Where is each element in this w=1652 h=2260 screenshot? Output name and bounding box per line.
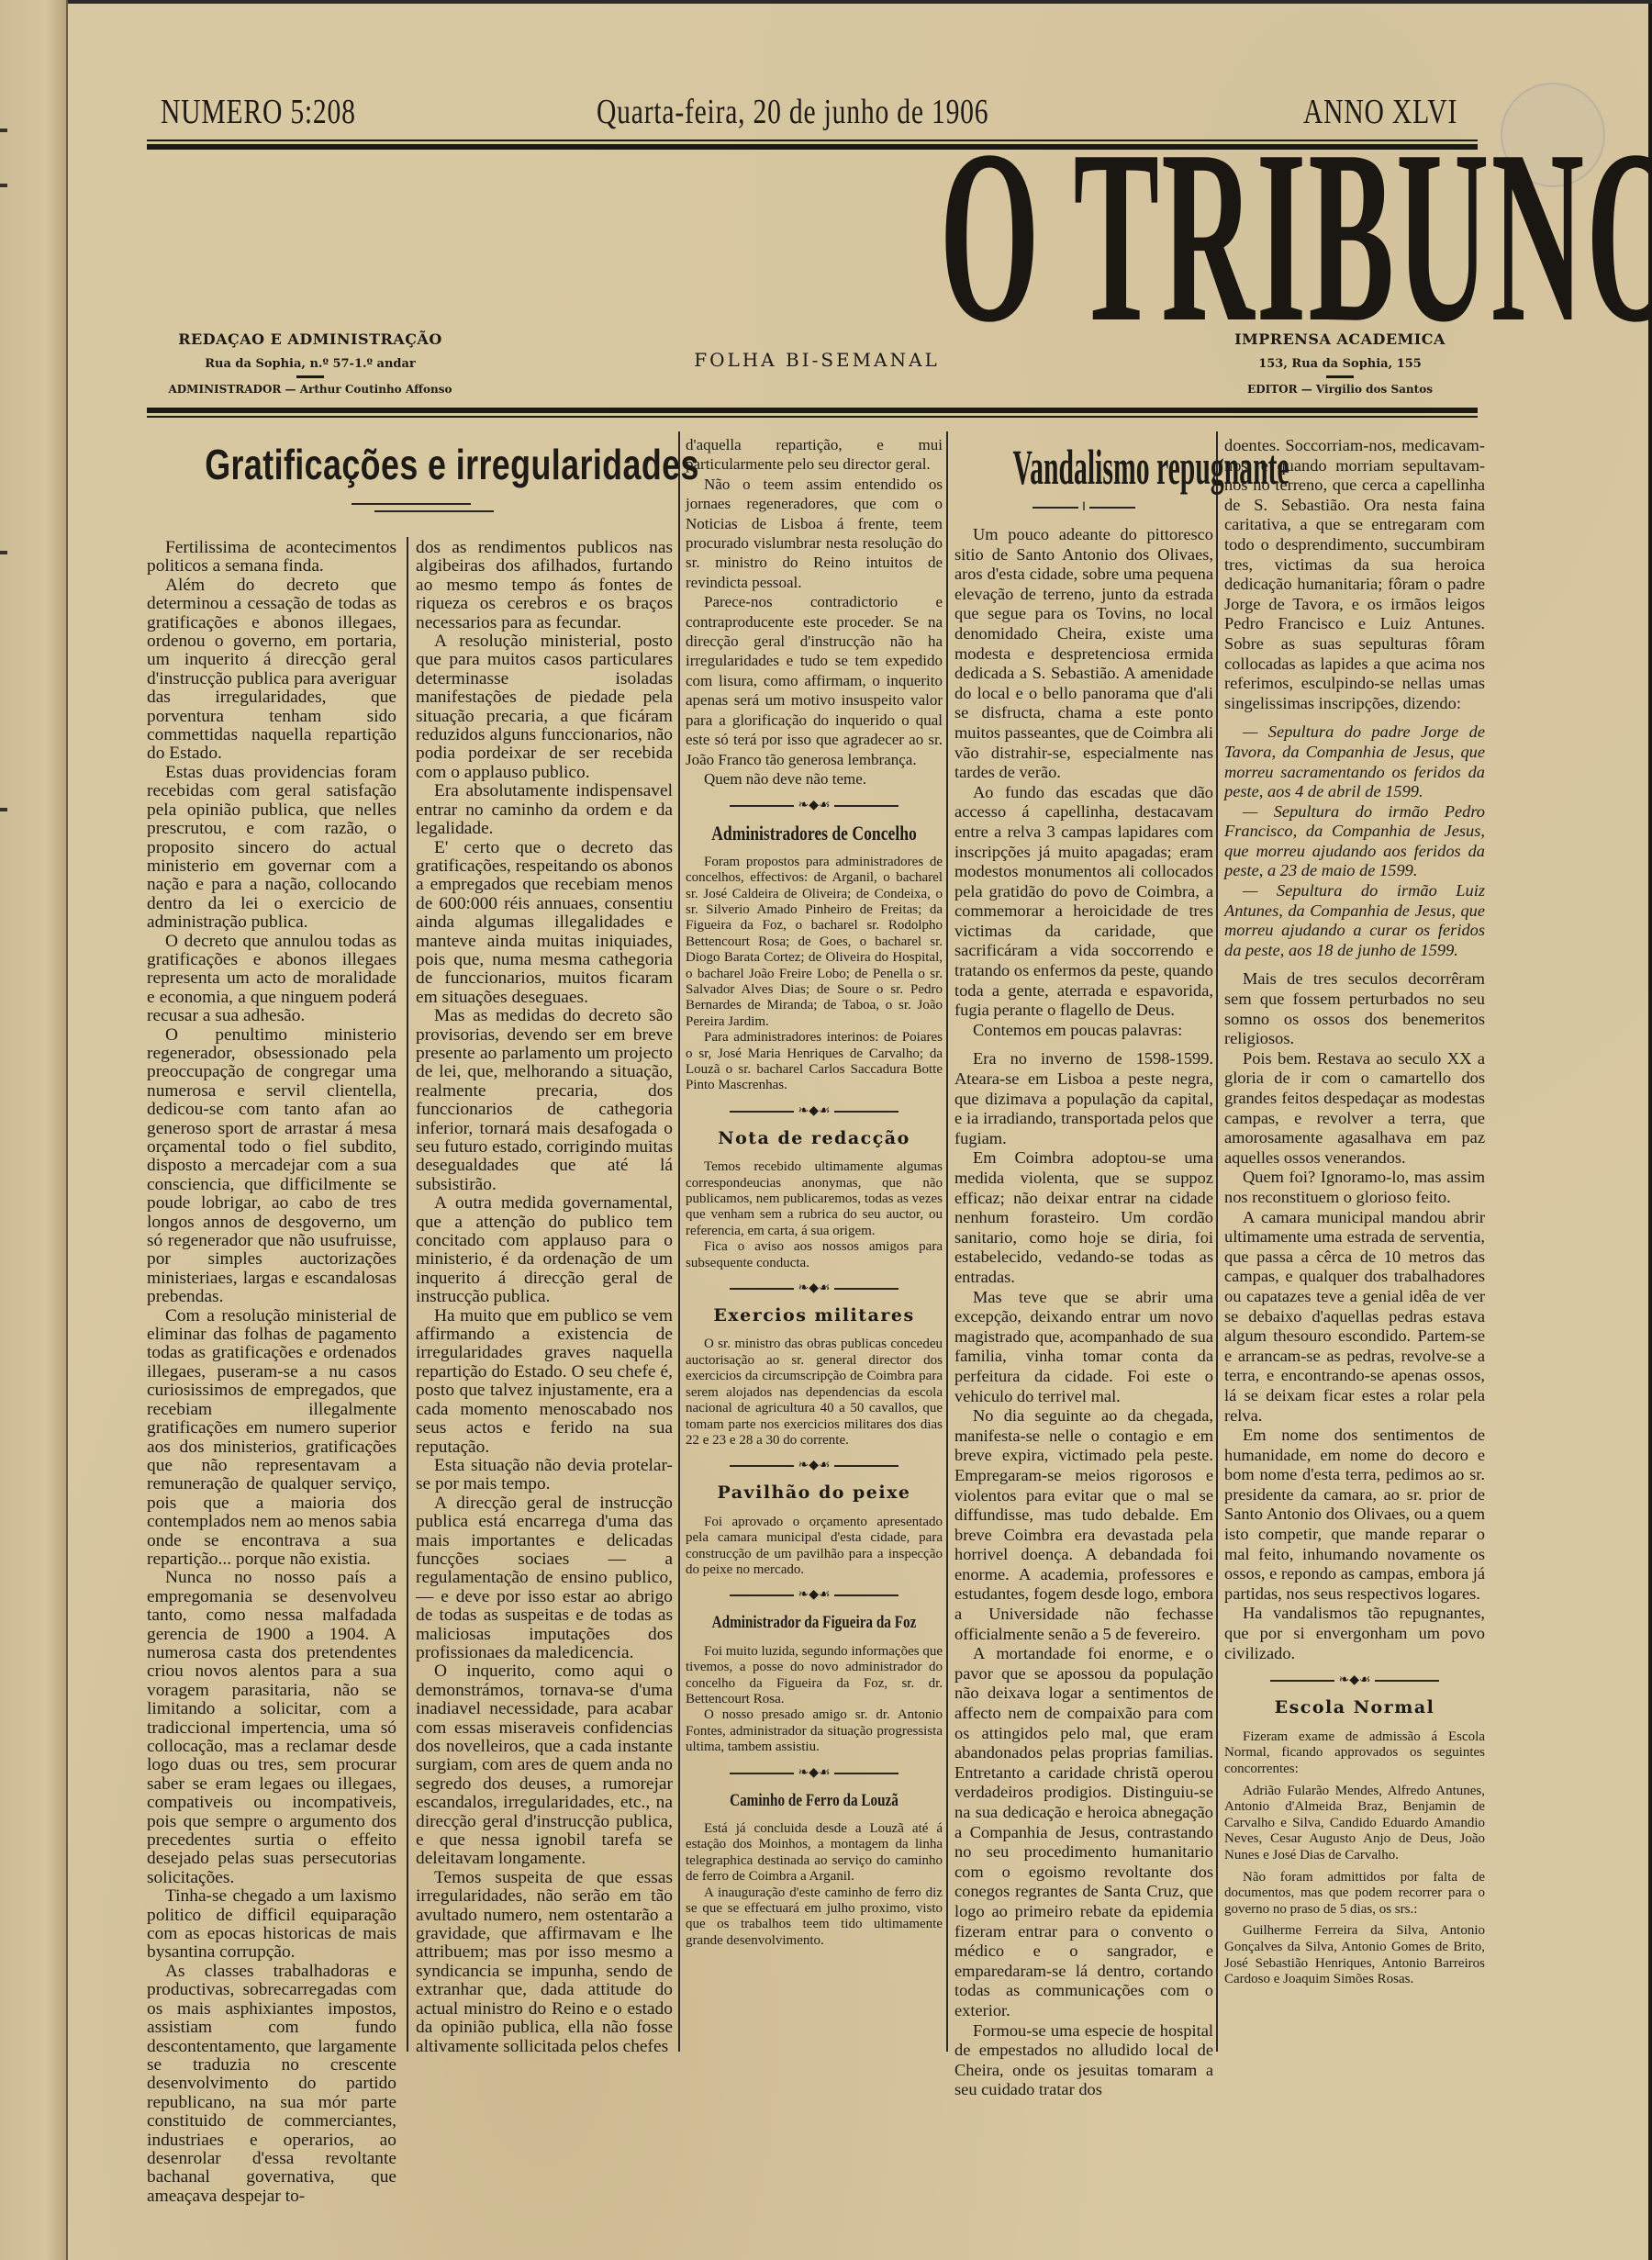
paragraph: Formou-se uma especie de hospital de emp…	[954, 2021, 1213, 2100]
paragraph: As classes trabalhadoras e productivas, …	[147, 1963, 396, 2206]
paragraph: Contemos em poucas palavras:	[954, 1021, 1213, 1041]
section-ornament: ❧◆☙	[686, 1767, 943, 1780]
section-ornament: ❧◆☙	[686, 1282, 943, 1295]
paragraph: Pois bem. Restava ao seculo XX a gloria …	[1224, 1049, 1485, 1169]
section-title-caminho: Caminho de Ferro da Louzã	[711, 1791, 917, 1810]
inscription: — Sepultura do irmão Pedro Francisco, da…	[1224, 802, 1485, 881]
bleed-mark	[0, 551, 7, 554]
masthead-rule-thick	[147, 408, 1478, 413]
paragraph: Temos recebido ultimamente algumas corre…	[686, 1159, 943, 1239]
paragraph: Ha muito que em publico se vem affirmand…	[416, 1307, 673, 1457]
paragraph: Nunca no nosso país a empregomania se de…	[147, 1569, 396, 1887]
paragraph: Foram propostos para administradores de …	[686, 855, 943, 1030]
paragraph: Foi muito luzida, segundo informações qu…	[686, 1644, 943, 1708]
paragraph: Além do decreto que determinou a cessaçã…	[147, 576, 396, 764]
paragraph: A camara municipal mandou abrir ultimame…	[1224, 1208, 1485, 1426]
section-title-nota: Nota de redacção	[686, 1129, 943, 1148]
section-title-figueira: Administrador da Figueira da Foz	[711, 1613, 917, 1632]
paragraph: Em Coimbra adoptou-se uma medida violent…	[954, 1148, 1213, 1287]
paragraph: Era absolutamente indispensavel entrar n…	[416, 782, 673, 838]
paragraph: Quem não deve não teme.	[686, 769, 943, 789]
inscription: — Sepultura do padre Jorge de Tavora, da…	[1224, 722, 1485, 801]
divider	[296, 375, 324, 378]
paragraph: E' certo que o decreto das gratificações…	[416, 839, 673, 1008]
paragraph: Mas as medidas do decreto são provisoria…	[416, 1007, 673, 1194]
column-5: doentes. Soccorriam-nos, medicavam-nos, …	[1224, 436, 1485, 1988]
paragraph: Com a resolução ministerial de eliminar …	[147, 1307, 396, 1570]
inscription: — Sepultura do irmão Luiz Antunes, da Co…	[1224, 881, 1485, 960]
paragraph: Esta situação não devia protelar-se por …	[416, 1457, 673, 1494]
redacao-title: REDAÇAO E ADMINISTRAÇÃO	[163, 330, 457, 348]
paragraph: A resolução ministerial, posto que para …	[416, 632, 673, 782]
section-title-pavilhao: Pavilhão do peixe	[686, 1483, 943, 1503]
paragraph: Ao fundo das escadas que dão accesso á c…	[954, 783, 1213, 1021]
column-2: dos as rendimentos publicos nas algibeir…	[416, 539, 673, 2056]
paragraph: Estas duas providencias foram recebidas …	[147, 764, 396, 933]
paragraph: doentes. Soccorriam-nos, medicavam-nos, …	[1224, 436, 1485, 713]
section-ornament: ❧◆☙	[686, 1460, 943, 1472]
section-ornament: ❧◆☙	[686, 800, 943, 812]
paragraph: Para administradores interinos: de Poiar…	[686, 1030, 943, 1094]
paragraph: Fizeram exame de admissão á Escola Norma…	[1224, 1729, 1485, 1778]
paragraph: O nosso presado amigo sr. dr. Antonio Fo…	[686, 1707, 943, 1755]
paragraph: A direcção geral de instrucção publica e…	[416, 1494, 673, 1663]
paragraph: O decreto que annulou todas as gratifica…	[147, 933, 396, 1026]
divider	[1326, 375, 1354, 378]
section-ornament: ❧◆☙	[1224, 1674, 1485, 1687]
paragraph: A mortandade foi enorme, e o pavor que s…	[954, 1644, 1213, 2020]
previous-page-edge	[0, 0, 68, 2260]
section-title-exercicios: Exercios militares	[686, 1306, 943, 1326]
paragraph: Ha vandalismos tão repugnantes, que por …	[1224, 1604, 1485, 1663]
column-rule	[946, 431, 948, 2052]
column-rule	[1216, 431, 1218, 2052]
paragraph: A outra medida governamental, que a atte…	[416, 1194, 673, 1306]
paragraph: O penultimo ministerio regenerador, obse…	[147, 1026, 396, 1307]
imprensa-title: IMPRENSA ACADEMICA	[1221, 330, 1459, 348]
bleed-mark	[0, 808, 7, 811]
paragraph: A inauguração d'este caminho de ferro di…	[686, 1885, 943, 1950]
paragraph: Não foram admittidos por falta de docume…	[1224, 1870, 1485, 1919]
paragraph: Está já concluida desde a Louzã até á es…	[686, 1821, 943, 1885]
headline-vandalismo: Vandalismo repugnante	[1012, 439, 1155, 496]
imprensa-address: 153, Rua da Sophia, 155	[1221, 357, 1459, 371]
paragraph: Foi aprovado o orçamento apresentado pel…	[686, 1515, 943, 1579]
issue-date: Quarta-feira, 20 de junho de 1906	[597, 92, 988, 132]
redacao-block: REDAÇAO E ADMINISTRAÇÃO Rua da Sophia, n…	[163, 330, 457, 396]
paragraph: Parece-nos contradictorio e contraproduc…	[686, 592, 943, 769]
section-ornament: ❧◆☙	[686, 1105, 943, 1118]
bleed-mark	[0, 129, 7, 132]
section-title-administradores: Administradores de Concelho	[711, 823, 917, 843]
section-title-escola: Escola Normal	[1224, 1698, 1485, 1718]
paragraph: Guilherme Ferreira da Silva, Antonio Gon…	[1224, 1923, 1485, 1987]
column-1: Fertilissima de acontecimentos politicos…	[147, 539, 396, 2206]
article-gratificacoes-header: Gratificações e irregularidades	[147, 439, 675, 532]
imprensa-block: IMPRENSA ACADEMICA 153, Rua da Sophia, 1…	[1221, 330, 1459, 396]
redacao-address: Rua da Sophia, n.º 57-1.º andar	[163, 357, 457, 371]
column-rule	[678, 431, 680, 2052]
paragraph: Em nome dos sentimentos de humanidade, e…	[1224, 1426, 1485, 1604]
bleed-mark	[0, 184, 7, 187]
section-ornament: ❧◆☙	[686, 1589, 943, 1602]
paragraph: Mais de tres seculos decorrêram sem que …	[1224, 969, 1485, 1048]
paragraph: Não o teem assim entendido os jornaes re…	[686, 475, 943, 592]
paragraph: O inquerito, como aqui o demonstrámos, t…	[416, 1662, 673, 1868]
headline-ornament: ‖	[954, 501, 1213, 514]
column-rule	[407, 537, 408, 2052]
paragraph: dos as rendimentos publicos nas algibeir…	[416, 539, 673, 632]
issue-number: NUMERO 5:208	[161, 92, 356, 132]
masthead-title: O TRIBUNO POPULAR	[285, 154, 1367, 319]
paragraph: d'aquella repartição, e mui particularme…	[686, 435, 943, 475]
headline: Gratificações e irregularidades	[205, 439, 617, 490]
paragraph: O sr. ministro das obras publicas conced…	[686, 1337, 943, 1449]
headline-rule	[374, 510, 494, 512]
editor: EDITOR — Virgilio dos Santos	[1221, 383, 1459, 396]
paragraph: Um pouco adeante do pittoresco sitio de …	[954, 525, 1213, 783]
headline-rule	[352, 503, 471, 505]
column-4: Vandalismo repugnante ‖ Um pouco adeante…	[954, 439, 1213, 2100]
paragraph: Mas teve que se abrir uma excepção, deix…	[954, 1288, 1213, 1407]
administrator: ADMINISTRADOR — Arthur Coutinho Affonso	[163, 383, 457, 396]
paragraph: Era no inverno de 1598-1599. Ateara-se e…	[954, 1049, 1213, 1148]
paragraph: Fertilissima de acontecimentos politicos…	[147, 539, 396, 576]
masthead-rule-thin	[147, 416, 1478, 418]
paragraph: No dia seguinte ao da chegada, manifesta…	[954, 1406, 1213, 1644]
paragraph: Temos suspeita de que essas irregularida…	[416, 1869, 673, 2056]
publication-frequency: FOLHA BI-SEMANAL	[624, 349, 1010, 371]
paragraph: Fica o aviso aos nossos amigos para subs…	[686, 1239, 943, 1271]
paragraph: Quem foi? Ignoramo-lo, mas assim nos rec…	[1224, 1168, 1485, 1207]
column-3: d'aquella repartição, e mui particularme…	[686, 435, 943, 1949]
paragraph: Adrião Fularão Mendes, Alfredo Antunes, …	[1224, 1784, 1485, 1864]
paragraph: Tinha-se chegado a um laxismo politico d…	[147, 1887, 396, 1963]
